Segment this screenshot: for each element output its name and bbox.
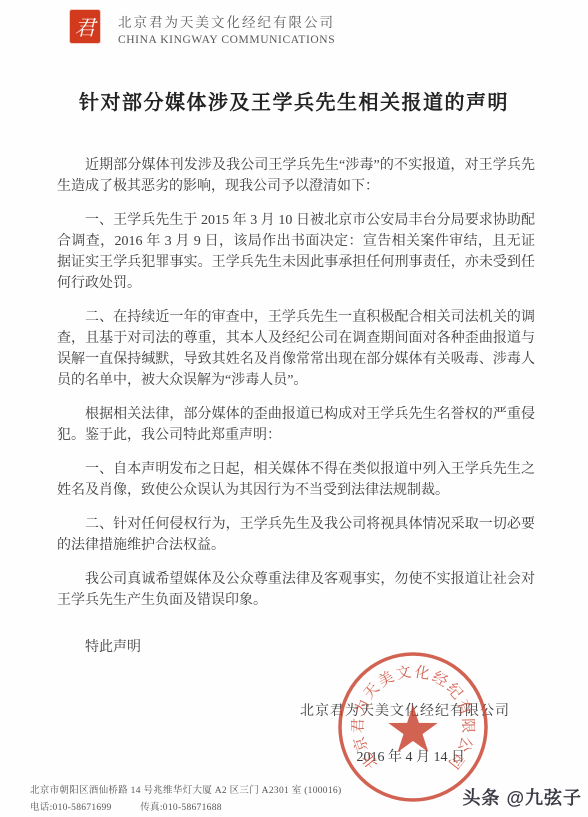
paragraph-legal-basis: 根据相关法律，部分媒体的歪曲报道已构成对王学兵先生名誉权的严重侵犯。鉴于此，我公… [57, 404, 535, 446]
seal-arc-char: 美 [375, 668, 396, 690]
footer-fax: 传真:010-58671688 [140, 803, 222, 813]
paragraph-fact-1: 一、王学兵先生于 2015 年 3 月 10 日被北京市公安局丰台分局要求协助配… [57, 210, 535, 294]
signature-company: 北京君为天美文化经纪有限公司 [0, 700, 588, 720]
logo-character: 君 [75, 12, 96, 42]
closing-statement: 特此声明 [57, 637, 535, 658]
footer-phone: 电话:010-58671699 [30, 803, 112, 813]
toutiao-watermark: 头条 @九弦子 [462, 784, 582, 810]
seal-arc-char: 经 [429, 668, 450, 690]
paragraph-appeal: 我公司真诚希望媒体及公众尊重法律及客观事实，勿使不实报道让社会对王学兵先生产生负… [57, 569, 535, 611]
document-page: 君 北京君为天美文化经纪有限公司 CHINA KINGWAY COMMUNICA… [0, 0, 588, 817]
company-name-english: CHINA KINGWAY COMMUNICATIONS [118, 34, 335, 46]
signature-block: 北京君为天美文化经纪有限公司 2016 年 4 月 14 日 [0, 700, 588, 766]
paragraph-demand-2: 二、针对任何侵权行为，王学兵先生及我公司将视具体情况采取一切必要的法律措施维护合… [57, 514, 535, 556]
document-title: 针对部分媒体涉及王学兵先生相关报道的声明 [0, 86, 588, 115]
letterhead: 君 北京君为天美文化经纪有限公司 CHINA KINGWAY COMMUNICA… [70, 10, 335, 46]
letterhead-text: 北京君为天美文化经纪有限公司 CHINA KINGWAY COMMUNICATI… [118, 10, 335, 46]
company-seal-logo: 君 [70, 10, 100, 43]
company-name-chinese: 北京君为天美文化经纪有限公司 [118, 11, 335, 31]
paragraph-fact-2: 二、在持续近一年的审查中，王学兵先生一直积极配合相关司法机关的调查，且基于对司法… [57, 307, 535, 391]
paragraph-intro: 近期部分媒体刊发涉及我公司王学兵先生“涉毒”的不实报道，对王学兵先生造成了极其恶… [57, 155, 535, 197]
signature-date: 2016 年 4 月 14 日 [0, 746, 588, 766]
paragraph-demand-1: 一、自本声明发布之日起，相关媒体不得在类似报道中列入王学兵先生之姓名及肖像，致使… [57, 459, 535, 501]
document-body: 近期部分媒体刊发涉及我公司王学兵先生“涉毒”的不实报道，对王学兵先生造成了极其恶… [57, 155, 535, 671]
